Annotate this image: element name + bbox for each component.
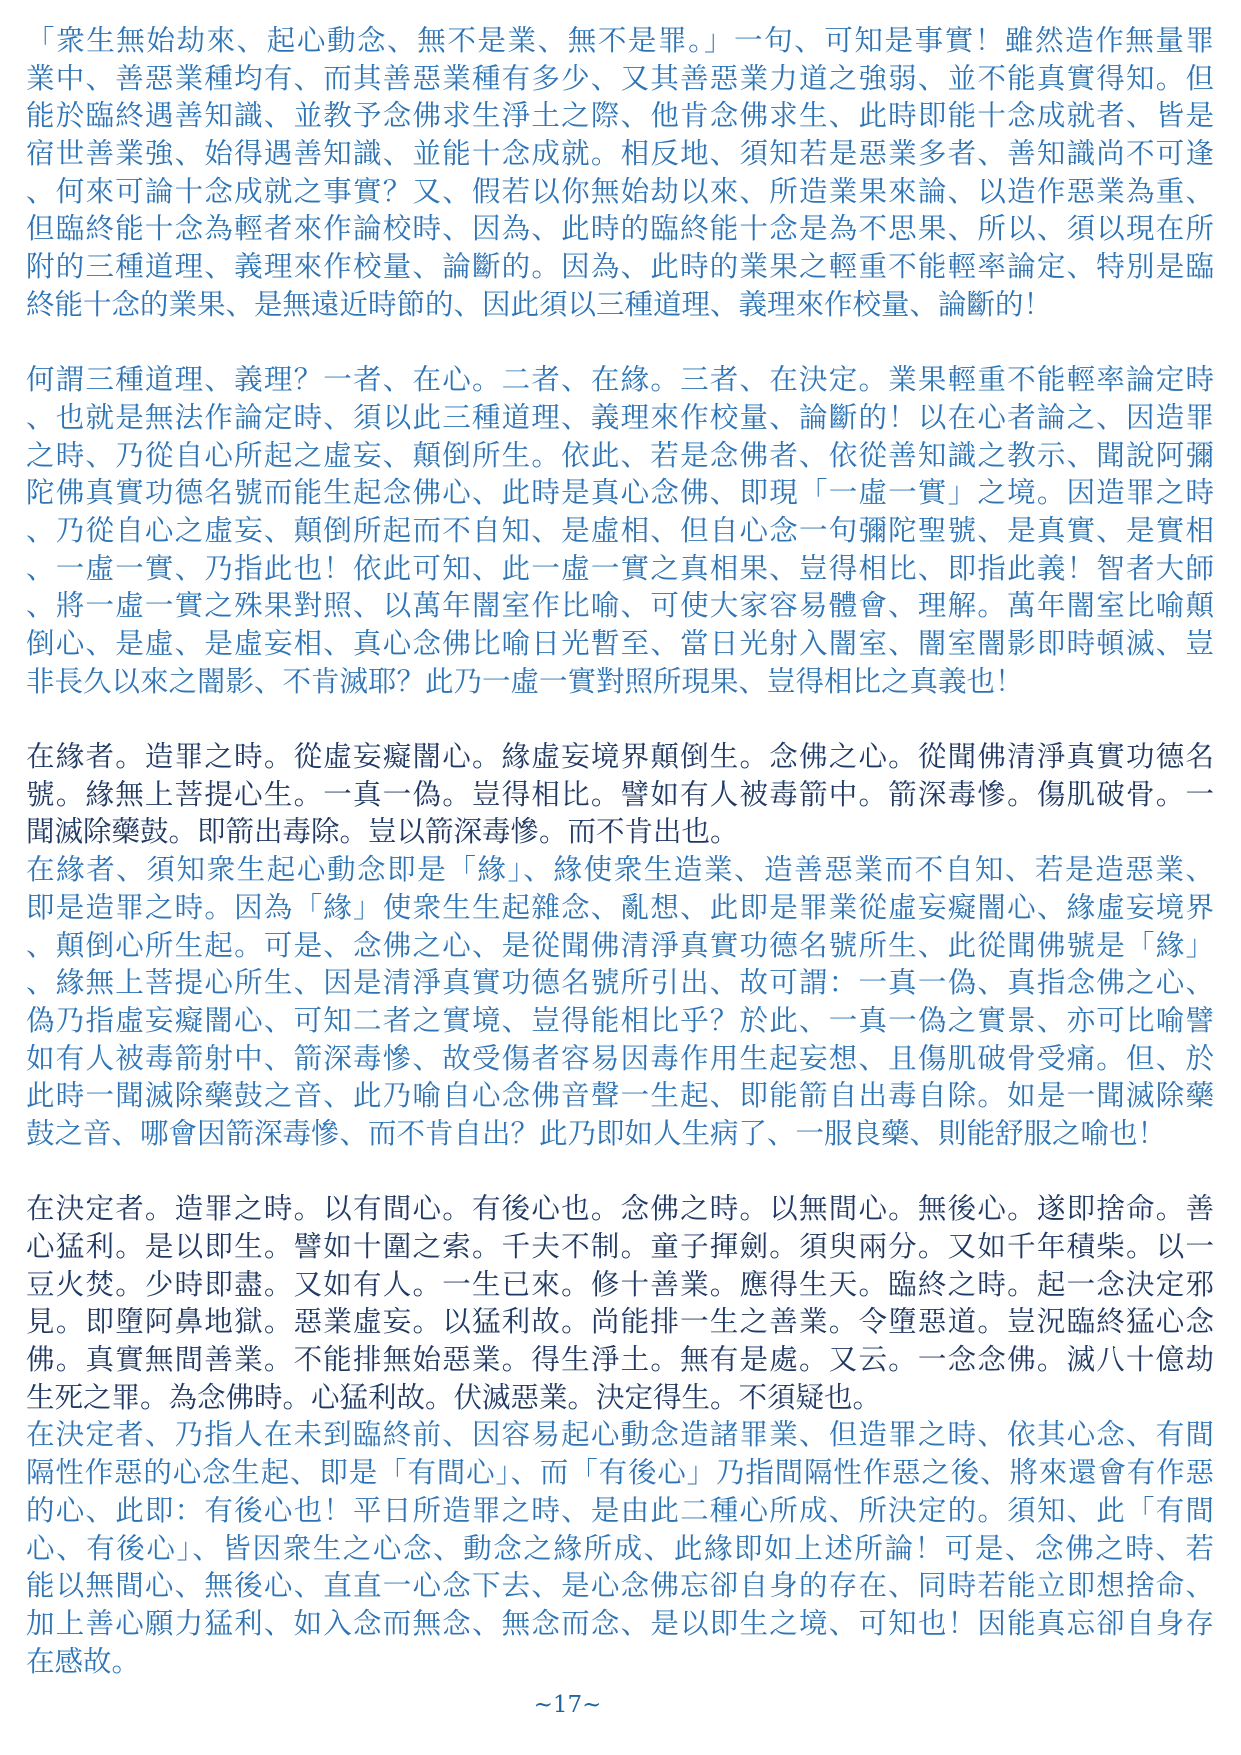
text-line: 即是造罪之時。因為「緣」使衆生生起雜念、亂想、此即是罪業從虛妄癡闇心、緣虛妄境界 bbox=[26, 889, 1214, 927]
text-line: 此時一聞滅除藥鼓之音、此乃喻自心念佛音聲一生起、即能箭自出毒自除。如是一聞滅除藥 bbox=[26, 1077, 1214, 1115]
text-line: 佛。真實無間善業。不能排無始惡業。得生淨土。無有是處。又云。一念念佛。滅八十億劫 bbox=[26, 1341, 1214, 1379]
text-line: 心、有後心」、皆因衆生之心念、動念之緣所成、此緣即如上述所論！可是、念佛之時、若 bbox=[26, 1530, 1214, 1568]
text-line: 、一虛一實、乃指此也！依此可知、此一虛一實之真相果、豈得相比、即指此義！智者大師 bbox=[26, 550, 1214, 588]
text-line: 隔性作惡的心念生起、即是「有間心」、而「有後心」乃指間隔性作惡之後、將來還會有作… bbox=[26, 1454, 1214, 1492]
text-line: 加上善心願力猛利、如入念而無念、無念而念、是以即生之境、可知也！因能真忘卻自身存 bbox=[26, 1605, 1214, 1643]
text-line: 之時、乃從自心所起之虛妄、顛倒所生。依此、若是念佛者、依從善知識之教示、聞說阿彌 bbox=[26, 437, 1214, 475]
text-line: 豆火焚。少時即盡。又如有人。一生已來。修十善業。應得生天。臨終之時。起一念決定邪 bbox=[26, 1266, 1214, 1304]
text-line: 聞滅除藥鼓。即箭出毒除。豈以箭深毒慘。而不肯出也。 bbox=[26, 813, 1214, 851]
page-number: ~17~ bbox=[0, 1692, 1188, 1718]
text-line: 的心、此即：有後心也！平日所造罪之時、是由此二種心所成、所決定的。須知、此「有間 bbox=[26, 1492, 1214, 1530]
paragraph-zai-jueding-quote: 在決定者。造罪之時。以有間心。有後心也。念佛之時。以無間心。無後心。遂即捨命。善… bbox=[26, 1190, 1214, 1416]
text-line: 心猛利。是以即生。譬如十圍之索。千夫不制。童子揮劍。須臾兩分。又如千年積柴。以一 bbox=[26, 1228, 1214, 1266]
text-line: 號。緣無上菩提心生。一真一偽。豈得相比。譬如有人被毒箭中。箭深毒慘。傷肌破骨。一 bbox=[26, 776, 1214, 814]
text-line: 但臨終能十念為輕者來作論校時、因為、此時的臨終能十念是為不思果、所以、須以現在所 bbox=[26, 210, 1214, 248]
paragraph-zai-yuan-commentary: 在緣者、須知衆生起心動念即是「緣」、緣使衆生造業、造善惡業而不自知、若是造惡業、… bbox=[26, 851, 1214, 1153]
paragraph-gap bbox=[26, 700, 1214, 738]
text-line: 能以無間心、無後心、直直一心念下去、是心念佛忘卻自身的存在、同時若能立即想捨命、 bbox=[26, 1567, 1214, 1605]
text-line: 、也就是無法作論定時、須以此三種道理、義理來作校量、論斷的！以在心者論之、因造罪 bbox=[26, 399, 1214, 437]
text-line: 、緣無上菩提心所生、因是清淨真實功德名號所引出、故可謂：一真一偽、真指念佛之心、 bbox=[26, 964, 1214, 1002]
text-line: 生死之罪。為念佛時。心猛利故。伏滅惡業。決定得生。不須疑也。 bbox=[26, 1379, 1214, 1417]
text-line: 見。即墮阿鼻地獄。惡業虛妄。以猛利故。尚能排一生之善業。令墮惡道。豈況臨終猛心念 bbox=[26, 1303, 1214, 1341]
text-line: 在決定者。造罪之時。以有間心。有後心也。念佛之時。以無間心。無後心。遂即捨命。善 bbox=[26, 1190, 1214, 1228]
paragraph-three-principles-commentary: 何謂三種道理、義理？一者、在心。二者、在緣。三者、在決定。業果輕重不能輕率論定時… bbox=[26, 361, 1214, 700]
text-line: 、何來可論十念成就之事實？又、假若以你無始劫以來、所造業果來論、以造作惡業為重、 bbox=[26, 173, 1214, 211]
text-line: 在決定者、乃指人在未到臨終前、因容易起心動念造諸罪業、但造罪之時、依其心念、有間 bbox=[26, 1416, 1214, 1454]
text-line: 、顛倒心所生起。可是、念佛之心、是從聞佛清淨真實功德名號所生、此從聞佛號是「緣」 bbox=[26, 927, 1214, 965]
paragraph-gap bbox=[26, 324, 1214, 362]
text-line: 、乃從自心之虛妄、顛倒所起而不自知、是虛相、但自心念一句彌陀聖號、是真實、是實相 bbox=[26, 512, 1214, 550]
text-line: 、將一虛一實之殊果對照、以萬年闇室作比喻、可使大家容易體會、理解。萬年闇室比喻顛 bbox=[26, 587, 1214, 625]
text-line: 終能十念的業果、是無遠近時節的、因此須以三種道理、義理來作校量、論斷的！ bbox=[26, 286, 1214, 324]
document-body: 「衆生無始劫來、起心動念、無不是業、無不是罪。」一句、可知是事實！雖然造作無量罪… bbox=[26, 22, 1214, 1680]
text-line: 在感故。 bbox=[26, 1643, 1214, 1681]
text-line: 「衆生無始劫來、起心動念、無不是業、無不是罪。」一句、可知是事實！雖然造作無量罪 bbox=[26, 22, 1214, 60]
text-line: 如有人被毒箭射中、箭深毒慘、故受傷者容易因毒作用生起妄想、且傷肌破骨受痛。但、於 bbox=[26, 1040, 1214, 1078]
text-line: 非長久以來之闇影、不肯滅耶？此乃一虛一實對照所現果、豈得相比之真義也！ bbox=[26, 663, 1214, 701]
text-line: 倒心、是虛、是虛妄相、真心念佛比喻日光暫至、當日光射入闇室、闇室闇影即時頓滅、豈 bbox=[26, 625, 1214, 663]
document-page: 「衆生無始劫來、起心動念、無不是業、無不是罪。」一句、可知是事實！雖然造作無量罪… bbox=[0, 0, 1241, 1755]
text-line: 能於臨終遇善知識、並教予念佛求生淨土之際、他肯念佛求生、此時即能十念成就者、皆是 bbox=[26, 97, 1214, 135]
paragraph-zai-jueding-commentary: 在決定者、乃指人在未到臨終前、因容易起心動念造諸罪業、但造罪之時、依其心念、有間… bbox=[26, 1416, 1214, 1680]
text-line: 在緣者、須知衆生起心動念即是「緣」、緣使衆生造業、造善惡業而不自知、若是造惡業、 bbox=[26, 851, 1214, 889]
text-line: 鼓之音、哪會因箭深毒慘、而不肯自出？此乃即如人生病了、一服良藥、則能舒服之喻也！ bbox=[26, 1115, 1214, 1153]
text-line: 宿世善業強、始得遇善知識、並能十念成就。相反地、須知若是惡業多者、善知識尚不可逢 bbox=[26, 135, 1214, 173]
text-line: 附的三種道理、義理來作校量、論斷的。因為、此時的業果之輕重不能輕率論定、特別是臨 bbox=[26, 248, 1214, 286]
text-line: 偽乃指虛妄癡闇心、可知二者之實境、豈得能相比乎？於此、一真一偽之實景、亦可比喻譬 bbox=[26, 1002, 1214, 1040]
text-line: 在緣者。造罪之時。從虛妄癡闇心。緣虛妄境界顛倒生。念佛之心。從聞佛清淨真實功德名 bbox=[26, 738, 1214, 776]
text-line: 業中、善惡業種均有、而其善惡業種有多少、又其善惡業力道之強弱、並不能真實得知。但 bbox=[26, 60, 1214, 98]
paragraph-intro-commentary: 「衆生無始劫來、起心動念、無不是業、無不是罪。」一句、可知是事實！雖然造作無量罪… bbox=[26, 22, 1214, 324]
text-line: 何謂三種道理、義理？一者、在心。二者、在緣。三者、在決定。業果輕重不能輕率論定時 bbox=[26, 361, 1214, 399]
text-line: 陀佛真實功德名號而能生起念佛心、此時是真心念佛、即現「一虛一實」之境。因造罪之時 bbox=[26, 474, 1214, 512]
paragraph-gap bbox=[26, 1153, 1214, 1191]
paragraph-zai-yuan-quote: 在緣者。造罪之時。從虛妄癡闇心。緣虛妄境界顛倒生。念佛之心。從聞佛清淨真實功德名… bbox=[26, 738, 1214, 851]
